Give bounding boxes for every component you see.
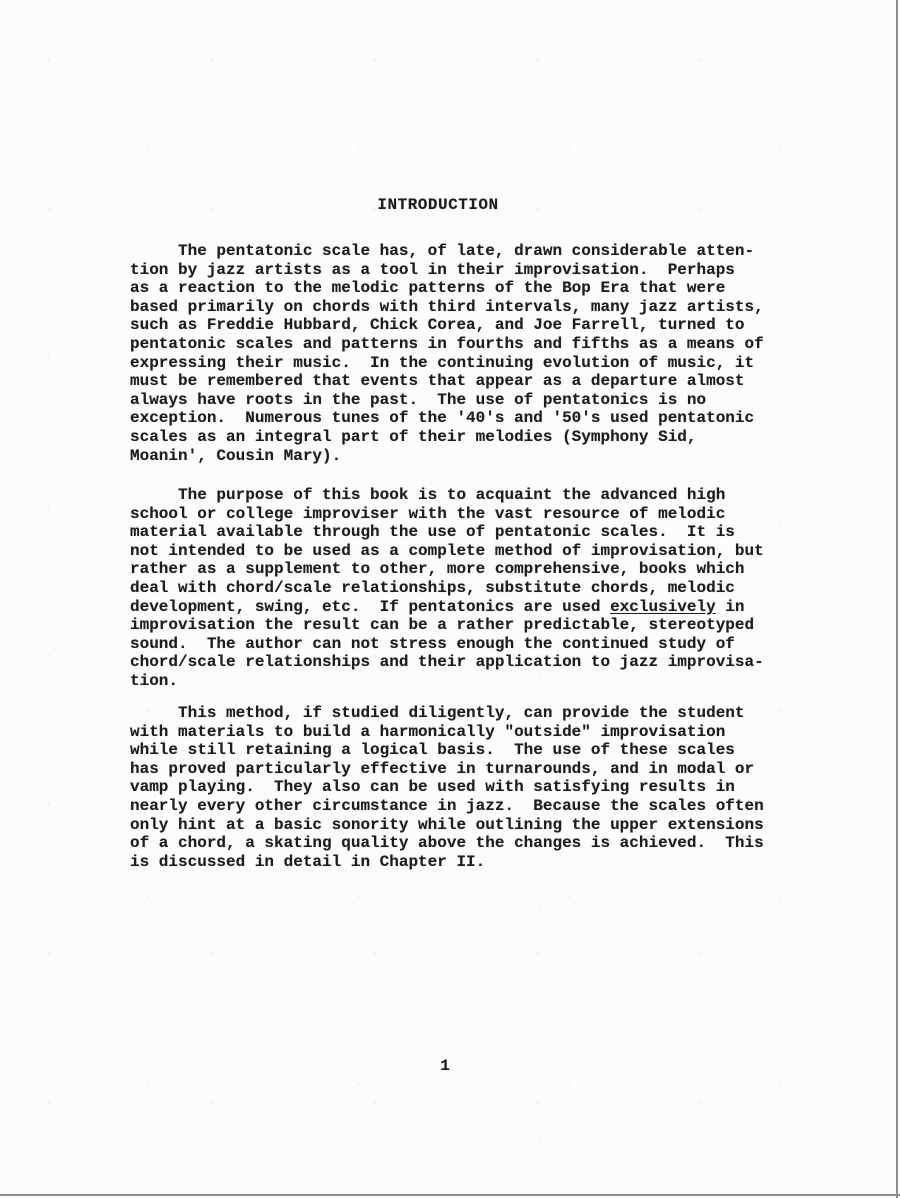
page-title: INTRODUCTION [130, 196, 746, 215]
scan-edge-right-line [896, 0, 898, 1198]
scanned-document-page: INTRODUCTION The pentatonic scale has, o… [0, 0, 900, 1198]
paragraph: This method, if studied diligently, can … [130, 704, 764, 871]
paragraph: The pentatonic scale has, of late, drawn… [130, 242, 764, 465]
paragraph: The purpose of this book is to acquaint … [130, 486, 764, 691]
scan-edge-bottom-line [0, 1194, 900, 1196]
page-number: 1 [130, 1057, 760, 1076]
underlined-word: exclusively [610, 598, 716, 616]
